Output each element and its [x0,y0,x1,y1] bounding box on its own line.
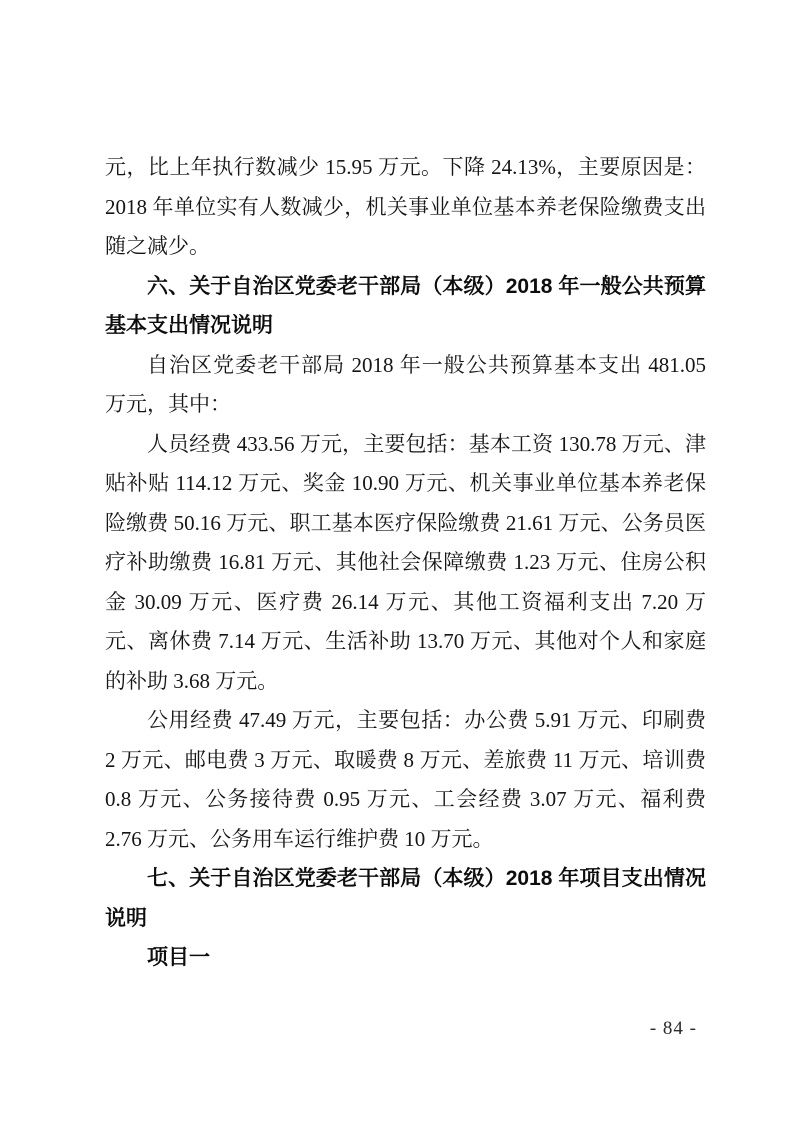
section-heading-7: 七、关于自治区党委老干部局（本级）2018 年项目支出情况说明 [105,859,706,938]
section-heading-6: 六、关于自治区党委老干部局（本级）2018 年一般公共预算基本支出情况说明 [105,267,706,346]
document-content: 元，比上年执行数减少 15.95 万元。下降 24.13%，主要原因是：2018… [105,148,706,978]
paragraph-public-funds: 公用经费 47.49 万元，主要包括：办公费 5.91 万元、印刷费 2 万元、… [105,701,706,859]
paragraph-continuation: 元，比上年执行数减少 15.95 万元。下降 24.13%，主要原因是：2018… [105,148,706,267]
paragraph-personnel-funds: 人员经费 433.56 万元，主要包括：基本工资 130.78 万元、津贴补贴 … [105,425,706,702]
page-number: - 84 - [650,1018,697,1040]
document-page: 元，比上年执行数减少 15.95 万元。下降 24.13%，主要原因是：2018… [0,0,793,1122]
paragraph-basic-expenditure-total: 自治区党委老干部局 2018 年一般公共预算基本支出 481.05 万元，其中： [105,346,706,425]
sub-heading-project-one: 项目一 [105,938,706,978]
